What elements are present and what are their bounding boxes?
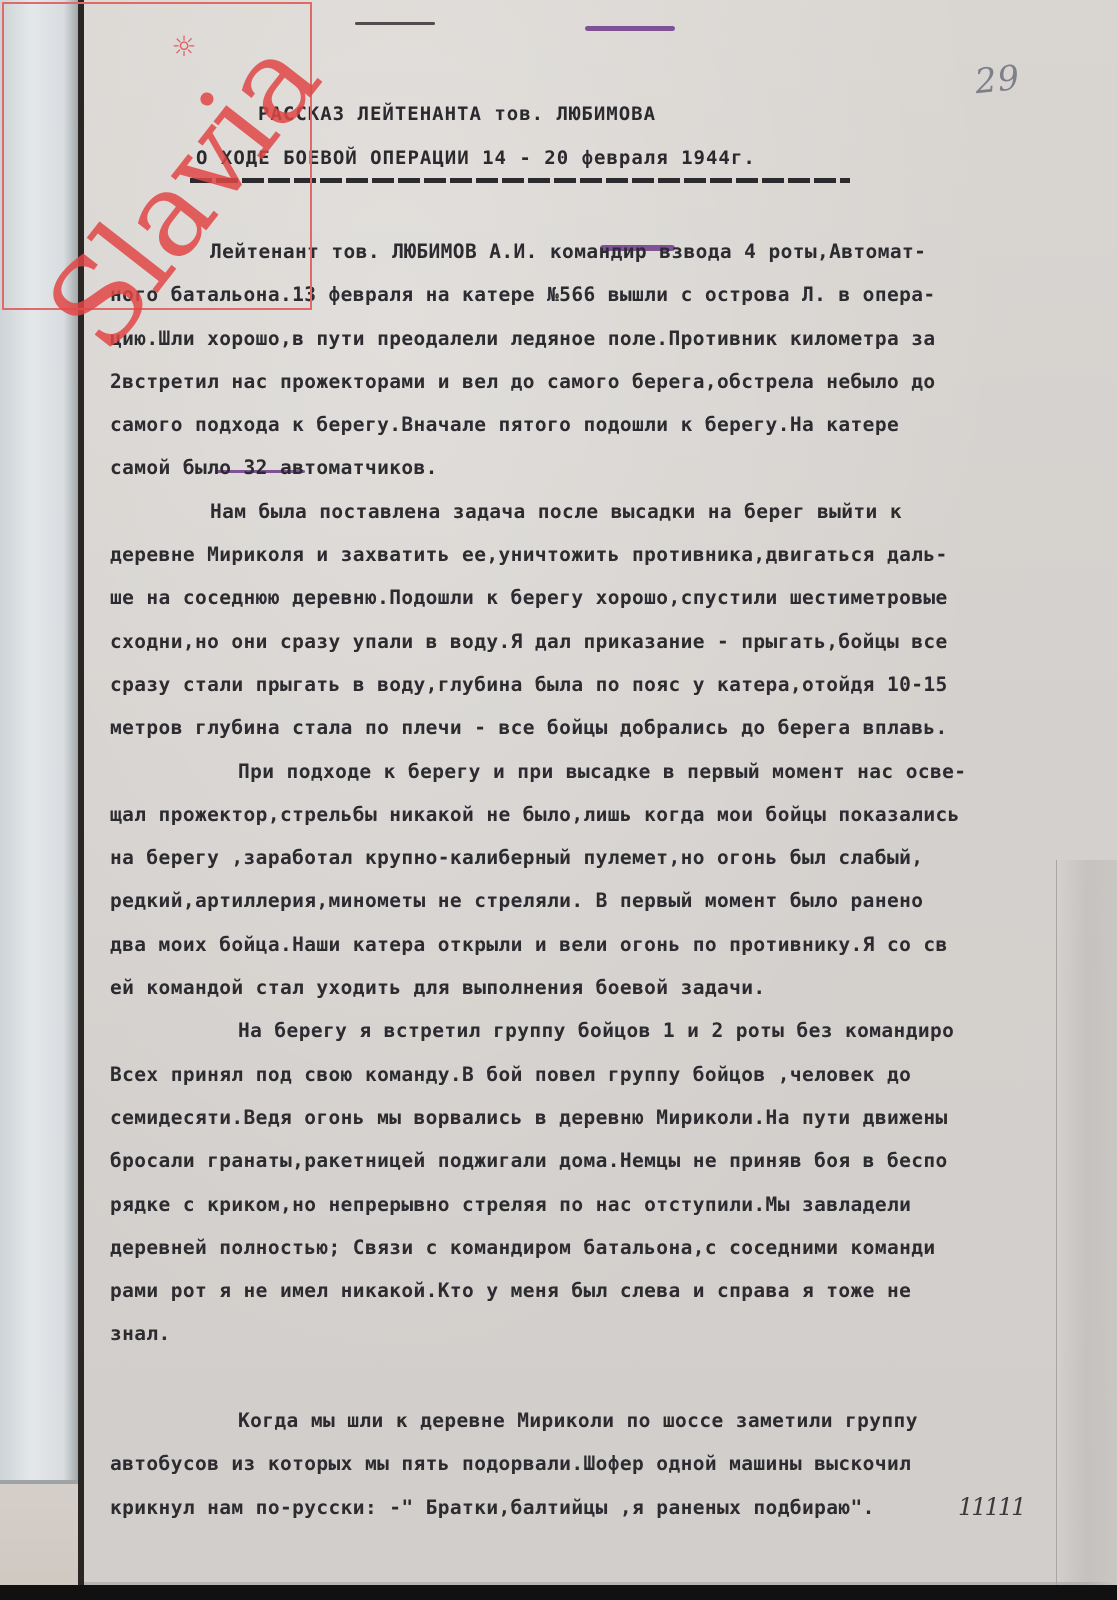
text-line: цию.Шли хорошо,в пути преодалели ледяное… <box>110 317 1090 360</box>
document-body: Лейтенант тов. ЛЮБИМОВ А.И. командир взв… <box>110 230 1090 1529</box>
handwritten-tally: 11111 <box>958 1493 1024 1521</box>
text-line: знал. <box>110 1312 1090 1355</box>
text-line: самого подхода к берегу.Вначале пятого п… <box>110 403 1090 446</box>
text-line: метров глубина стала по плечи - все бойц… <box>110 706 1090 749</box>
text-line: самой было 32 автоматчиков. <box>110 446 1090 489</box>
text-line: сходни,но они сразу упали в воду.Я дал п… <box>110 620 1090 663</box>
text-line: два моих бойца.Наши катера открыли и вел… <box>110 923 1090 966</box>
text-line: семидесяти.Ведя огонь мы ворвались в дер… <box>110 1096 1090 1139</box>
text-line: Всех принял под свою команду.В бой повел… <box>110 1053 1090 1096</box>
text-line: Нам была поставлена задача после высадки… <box>110 490 1090 533</box>
text-line: бросали гранаты,ракетницей поджигали дом… <box>110 1139 1090 1182</box>
text-line: ше на соседнюю деревню.Подошли к берегу … <box>110 576 1090 619</box>
text-line: Когда мы шли к деревне Мириколи по шоссе… <box>110 1399 1090 1442</box>
text-line: деревней полностью; Связи с командиром б… <box>110 1226 1090 1269</box>
text-line: сразу стали прыгать в воду,глубина была … <box>110 663 1090 706</box>
purple-ink-smudge <box>585 26 675 31</box>
ink-stroke-mark <box>355 22 435 25</box>
text-line: деревне Мириколя и захватить ее,уничтожи… <box>110 533 1090 576</box>
text-line: рядке с криком,но непрерывно стреляя по … <box>110 1183 1090 1226</box>
text-line <box>110 1356 1090 1399</box>
text-line: крикнул нам по-русски: -" Братки,балтийц… <box>110 1486 1090 1529</box>
text-line: щал прожектор,стрельбы никакой не было,л… <box>110 793 1090 836</box>
text-line: 2встретил нас прожекторами и вел до само… <box>110 360 1090 403</box>
text-line: автобусов из которых мы пять подорвали.Ш… <box>110 1442 1090 1485</box>
text-line: При подходе к берегу и при высадке в пер… <box>110 750 1090 793</box>
sun-icon: ☼ <box>166 30 202 66</box>
scan-border <box>0 1585 1117 1600</box>
text-line: На берегу я встретил группу бойцов 1 и 2… <box>110 1009 1090 1052</box>
text-line: на берегу ,заработал крупно-калиберный п… <box>110 836 1090 879</box>
page-number: 29 <box>973 58 1022 103</box>
binder-lower-page <box>0 1480 78 1592</box>
text-line: ей командой стал уходить для выполнения … <box>110 966 1090 1009</box>
text-line: рами рот я не имел никакой.Кто у меня бы… <box>110 1269 1090 1312</box>
text-line: редкий,артиллерия,минометы не стреляли. … <box>110 879 1090 922</box>
